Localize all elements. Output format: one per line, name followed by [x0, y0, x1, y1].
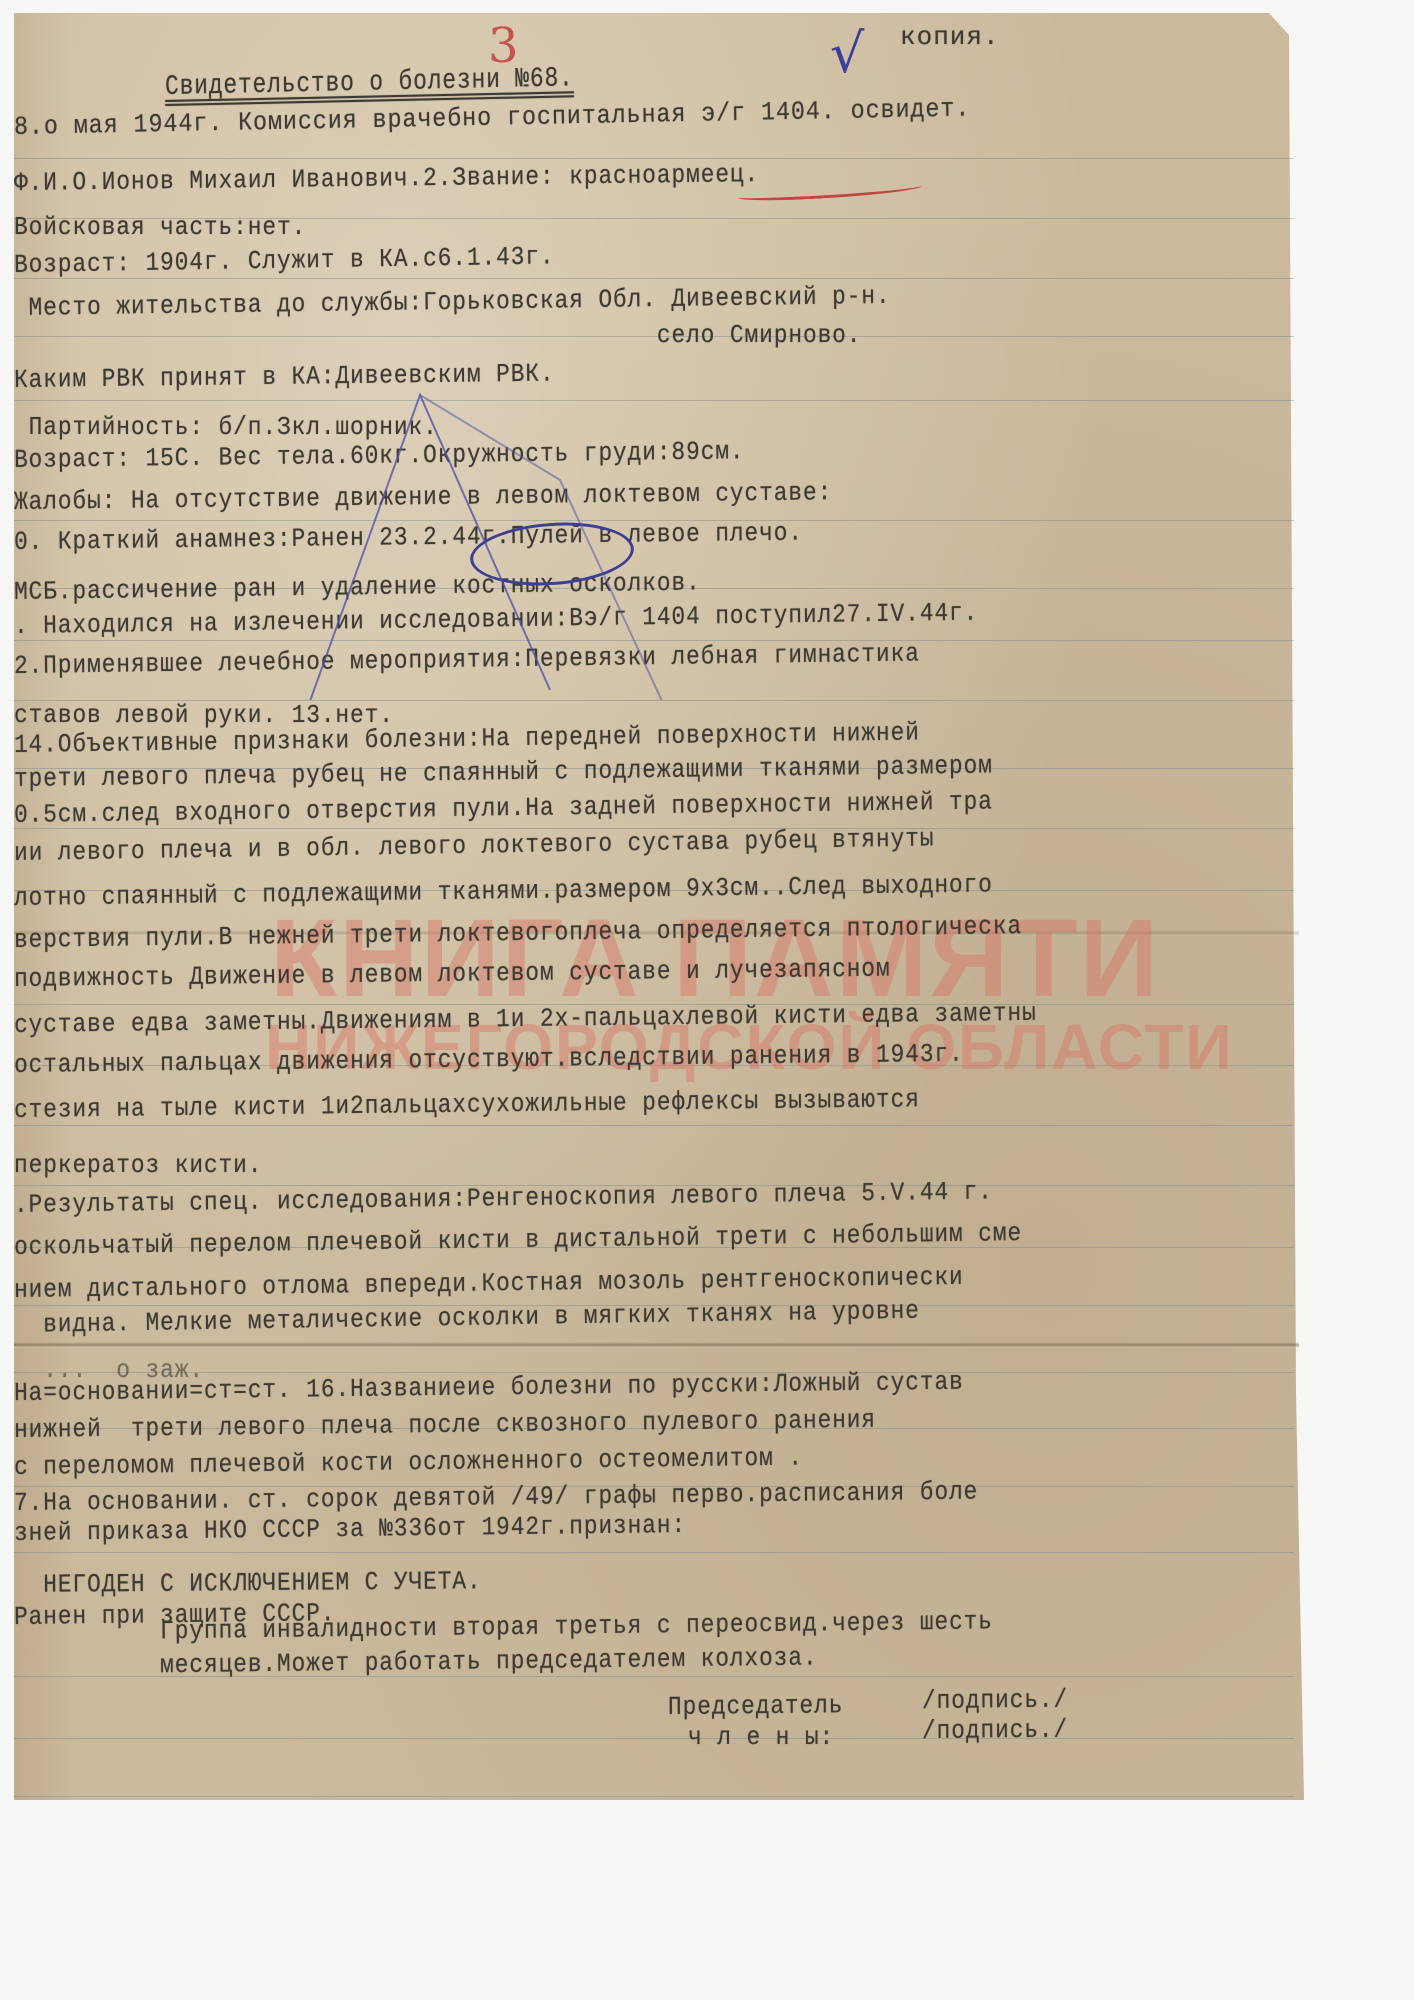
conclusion-unfit: НЕГОДЕН С ИСКЛЮЧЕНИЕМ С УЧЕТА. [14, 1566, 482, 1600]
doc-line: село Смирново. [14, 320, 861, 350]
blue-check-mark: √ [830, 22, 864, 85]
ruled-line [14, 1125, 1294, 1126]
fold-crease [14, 1342, 1299, 1348]
doc-line: перкератоз кисти. [14, 1150, 262, 1180]
copy-label: копия. [900, 22, 1000, 52]
chairman-label: Председатель [668, 1690, 844, 1722]
doc-line: Войсковая часть:нет. [14, 212, 306, 242]
ruled-line [14, 278, 1294, 279]
ruled-line [14, 1796, 1294, 1797]
members-label: ч л е н ы: [688, 1722, 834, 1752]
members-signature: /подпись./ [922, 1715, 1068, 1746]
ruled-line [14, 1552, 1294, 1553]
ruled-line [14, 1738, 1294, 1739]
ruled-line [14, 158, 1294, 159]
blue-pencil-strokes [300, 380, 720, 700]
chairman-signature: /подпись./ [922, 1685, 1068, 1716]
